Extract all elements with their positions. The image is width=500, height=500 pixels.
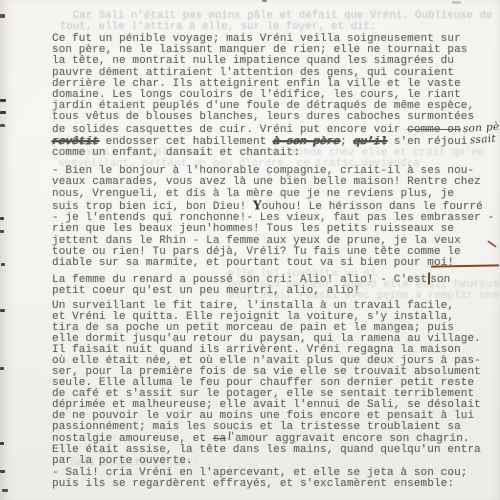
typed-text: rien que les beaux jeun'hommes! Tous les…: [52, 223, 454, 235]
handwritten-correction: ssait: [469, 133, 496, 146]
paragraph-2-dialogue: - Bien le bonjour à l'honorable compagni…: [52, 166, 494, 297]
red-caret-mark: [428, 272, 430, 284]
text-line: de solides casquettes de cuir. Vréni put…: [52, 124, 500, 136]
typed-text: derrière le char. Ils atteignirent enfin…: [52, 78, 461, 90]
typed-text: tous vêtus de blouses blanches, leurs du…: [52, 111, 474, 123]
typed-text: petit coeur qu'est un peu meurtri, alio,…: [52, 285, 360, 297]
scan-artifact: [0, 111, 6, 114]
typed-text: de solides casquettes de cuir. Vréni put…: [52, 124, 407, 136]
typed-text: s'en réjoui: [387, 136, 467, 148]
scan-artifact: [2, 489, 8, 492]
typed-text: la tête, ne montrait nulle impatience qu…: [52, 55, 454, 67]
text-line: tout, elle l'attira à elle, sur le foyer…: [60, 22, 493, 33]
paragraph-1: Ce fut un pénible voyage; mais Vréni vei…: [52, 34, 500, 159]
scan-artifact: [452, 1, 461, 4]
scan-artifact: [262, 0, 267, 2]
typed-text: Car Sali n'était pas moins pâle et défai…: [60, 10, 493, 22]
typed-text: La femme du renard a poussé son cri: Ali…: [52, 274, 427, 286]
strike-text: comme on: [407, 124, 461, 136]
typed-text: ;: [340, 136, 353, 148]
manuscript-page: Car Sali n'était pas moins pâle et défai…: [0, 0, 500, 500]
text-line: La femme du renard a poussé son cri: Ali…: [52, 270, 494, 286]
text-line: nous, Vrengueli, et dis à la mère que je…: [52, 189, 494, 200]
typed-text: puis ils se regardèrent effrayés, et s'e…: [52, 478, 454, 490]
typed-text: veaux camarades, vous avez là une bien b…: [52, 176, 481, 188]
struck-out-word: qu'il: [354, 136, 388, 148]
scan-artifact: [0, 470, 5, 473]
ghost-bleedthrough-top: Car Sali n'était pas moins pâle et défai…: [60, 11, 493, 33]
typed-text: comme un enfant, dansait et chantait:: [52, 147, 300, 159]
scan-artifact: [0, 217, 4, 220]
scan-artifact: [0, 230, 4, 233]
scan-artifact: [1, 263, 5, 266]
typed-text: passionnément; mais les soucis et la tri…: [52, 421, 461, 433]
paragraph-3: Un surveillant le fit taire, l'installa …: [52, 301, 481, 467]
text-line: passionnément; mais les soucis et la tri…: [52, 422, 481, 433]
text-line: diable sur sa marmite, et pourtant tout …: [52, 258, 494, 269]
typed-text: diable sur sa marmite, et pourtant tout …: [52, 257, 454, 269]
typed-text: tout, elle l'attira à elle, sur le foyer…: [60, 21, 376, 33]
scan-artifact: [0, 99, 6, 102]
text-line: puis ils se regardèrent effrayés, et s'e…: [52, 479, 467, 490]
text-line: comme un enfant, dansait et chantait:: [52, 148, 500, 159]
paragraph-4-dialogue: - Sali! cria Vréni en l'apercevant, et e…: [52, 468, 467, 491]
handwritten-correction: l': [228, 431, 236, 442]
typed-text: par la porte ouverte.: [52, 455, 193, 467]
scan-artifact: [0, 309, 5, 312]
scan-artifact: [0, 367, 4, 370]
scan-artifact: [0, 124, 5, 127]
text-line: par la porte ouverte.: [52, 456, 481, 467]
typed-text: jettent dans le Rhin - La femme aux yeux…: [52, 235, 461, 247]
scan-artifact: [0, 442, 4, 445]
typed-text: son: [430, 274, 450, 286]
handwritten-overstrike-letter: Y: [253, 200, 262, 211]
scan-artifact: [0, 14, 5, 18]
text-line: petit coeur qu'est un peu meurtri, alio,…: [52, 286, 494, 297]
text-line: tous vêtus de blouses blanches, leurs du…: [52, 112, 500, 123]
typed-text: pauvre dément attiraient l'attention des…: [52, 67, 454, 79]
